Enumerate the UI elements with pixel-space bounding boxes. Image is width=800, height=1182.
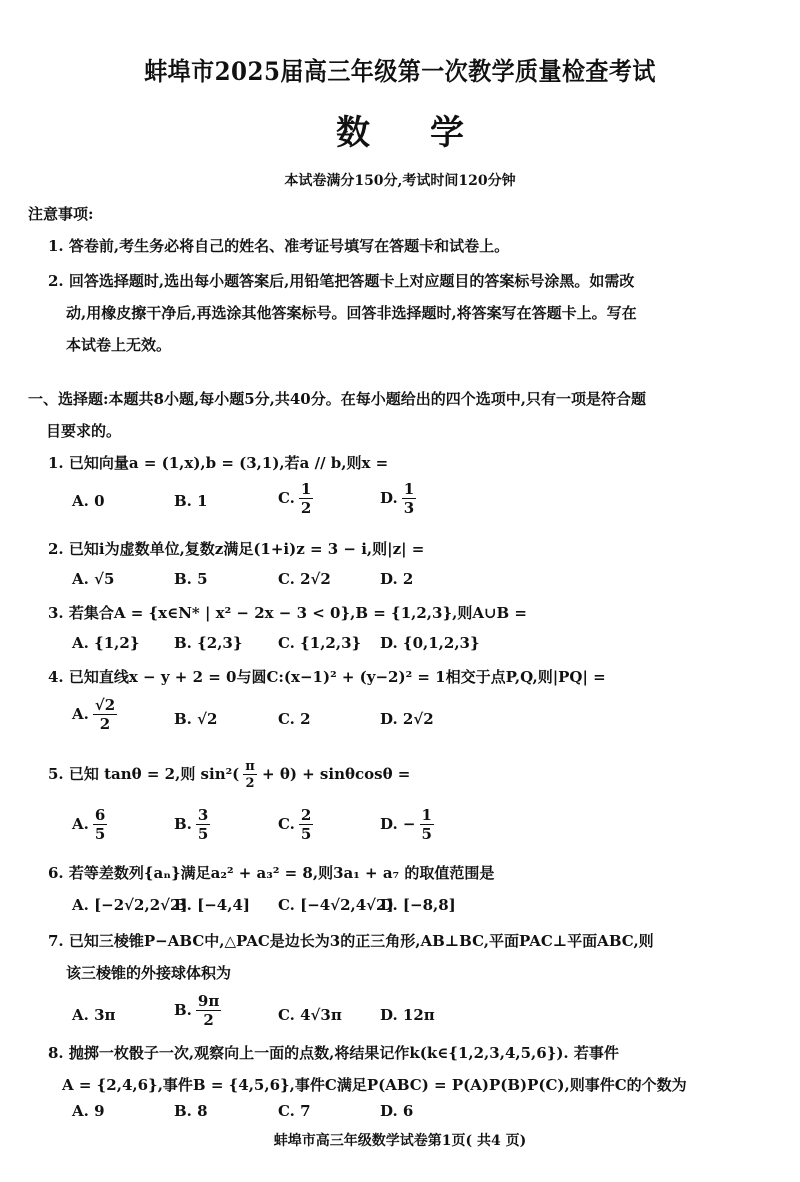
- q3-option-b: B. {2,3}: [174, 634, 243, 652]
- question-8-stem: 8. 抛掷一枚骰子一次,观察向上一面的点数,将结果记作k(k∈{1,2,3,4,…: [48, 1042, 619, 1063]
- question-6-stem: 6. 若等差数列{aₙ}满足a₂² + a₃² = 8,则3a₁ + a₇ 的取…: [48, 862, 494, 883]
- notice-item-1: 1. 答卷前,考生务必将自己的姓名、准考证号填写在答题卡和试卷上。: [48, 235, 509, 256]
- question-8-stem-cont: A = {2,4,6},事件B = {4,5,6},事件C满足P(ABC) = …: [62, 1074, 687, 1095]
- q6-option-a: A. [−2√2,2√2]: [72, 896, 188, 914]
- notice-item-2-cont: 动,用橡皮擦干净后,再选涂其他答案标号。回答非选择题时,将答案写在答题卡上。写在: [66, 302, 637, 323]
- q1-option-c: C.12: [278, 482, 313, 516]
- q4-option-a: A.√22: [72, 698, 117, 732]
- q5-option-d: D. −15: [380, 808, 434, 842]
- question-7-stem: 7. 已知三棱锥P−ABC中,△PAC是边长为3的正三角形,AB⊥BC,平面PA…: [48, 930, 654, 951]
- section1-heading-cont: 目要求的。: [46, 420, 121, 441]
- q6-option-c: C. [−4√2,4√2]: [278, 896, 394, 914]
- question-4-stem: 4. 已知直线x − y + 2 = 0与圆C:(x−1)² + (y−2)² …: [48, 666, 606, 687]
- q4-option-b: B. √2: [174, 710, 217, 728]
- q8-option-c: C. 7: [278, 1102, 311, 1120]
- q2-option-b: B. 5: [174, 570, 208, 588]
- q5-option-c: C.25: [278, 808, 313, 842]
- q3-option-a: A. {1,2}: [72, 634, 139, 652]
- q3-option-c: C. {1,2,3}: [278, 634, 361, 652]
- q1-option-b: B. 1: [174, 492, 208, 510]
- q6-option-b: B. [−4,4]: [174, 896, 250, 914]
- question-2-stem: 2. 已知i为虚数单位,复数z满足(1+i)z = 3 − i,则|z| =: [48, 538, 424, 559]
- question-5-stem: 5. 已知 tanθ = 2,则 sin²(π2 + θ) + sinθcosθ…: [48, 760, 410, 790]
- q8-option-b: B. 8: [174, 1102, 208, 1120]
- question-3-stem: 3. 若集合A = {x∈N* | x² − 2x − 3 < 0},B = {…: [48, 602, 527, 623]
- exam-title: 蚌埠市2025届高三年级第一次教学质量检查考试: [32, 52, 768, 88]
- q5-option-b: B.35: [174, 808, 210, 842]
- question-7-stem-cont: 该三棱锥的外接球体积为: [66, 962, 231, 983]
- section1-heading: 一、选择题:本题共8小题,每小题5分,共40分。在每小题给出的四个选项中,只有一…: [28, 388, 646, 409]
- q5-option-a: A.65: [72, 808, 107, 842]
- q8-option-a: A. 9: [72, 1102, 105, 1120]
- q7-option-c: C. 4√3π: [278, 1006, 342, 1024]
- q7-option-a: A. 3π: [72, 1006, 116, 1024]
- page-footer: 蚌埠市高三年级数学试卷第1页( 共4 页): [0, 1130, 800, 1150]
- q8-option-d: D. 6: [380, 1102, 413, 1120]
- notice-item-2: 2. 回答选择题时,选出每小题答案后,用铅笔把答题卡上对应题目的答案标号涂黑。如…: [48, 270, 634, 291]
- notices-heading: 注意事项:: [28, 203, 94, 224]
- q2-option-c: C. 2√2: [278, 570, 331, 588]
- q2-option-d: D. 2: [380, 570, 413, 588]
- q7-option-b: B.9π2: [174, 994, 221, 1028]
- q6-option-d: D. [−8,8]: [380, 896, 456, 914]
- question-1-stem: 1. 已知向量a = (1,x),b = (3,1),若a // b,则x =: [48, 452, 388, 473]
- q1-option-a: A. 0: [72, 492, 105, 510]
- q4-option-d: D. 2√2: [380, 710, 434, 728]
- subject-title: 数学: [0, 105, 800, 154]
- q1-option-d: D.13: [380, 482, 416, 516]
- q4-option-c: C. 2: [278, 710, 311, 728]
- exam-note: 本试卷满分150分,考试时间120分钟: [0, 170, 800, 190]
- q2-option-a: A. √5: [72, 570, 114, 588]
- notice-item-2-cont2: 本试卷上无效。: [66, 334, 171, 355]
- q3-option-d: D. {0,1,2,3}: [380, 634, 480, 652]
- q7-option-d: D. 12π: [380, 1006, 435, 1024]
